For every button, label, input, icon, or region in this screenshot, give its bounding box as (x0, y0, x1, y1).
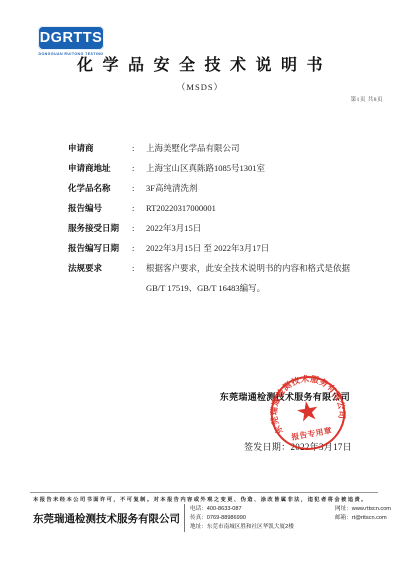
footer-company-name: 东莞瑞通检测技术服务有限公司 (33, 511, 180, 526)
field-label: 申请商地址 (68, 158, 132, 178)
field-label: 申请商 (68, 138, 132, 158)
field-row-report-no: 报告编号 : RT20220317000001 (68, 198, 368, 218)
field-label: 服务接受日期 (68, 218, 132, 238)
fax-value: 0769-88986990 (207, 515, 246, 521)
field-value: 2022年3月15日 (146, 218, 368, 238)
field-row-writing-date: 报告编写日期 : 2022年3月15日 至 2022年3月17日 (68, 238, 368, 258)
field-row-applicant: 申请商 : 上海美墅化学品有限公司 (68, 138, 368, 158)
field-colon: : (132, 218, 146, 238)
fax-label: 传真： (190, 515, 207, 521)
dgrtts-logo-badge: DGRTTS (38, 26, 104, 50)
msds-cover-page: DGRTTS DONGGUAN RUITONG TESTING 化学品安全技术说… (0, 0, 400, 566)
email-value: rt@rttscn.com (352, 515, 387, 521)
website-value: www.rttscn.com (352, 506, 391, 512)
field-colon: : (132, 158, 146, 178)
field-value: 上海美墅化学品有限公司 (146, 138, 368, 158)
field-colon: : (132, 198, 146, 218)
field-row-chemical-name: 化学品名称 : 3F高纯清洗剂 (68, 178, 368, 198)
address: 地址：东莞市南城区胜和社区华凯大厦2楼 (190, 523, 294, 532)
contact-row-fax-email: 传真：0769-88986990 邮箱：rt@rttscn.com (190, 514, 391, 523)
field-label: 法规要求 (68, 258, 132, 278)
field-label: 报告编写日期 (68, 238, 132, 258)
address-value: 东莞市南城区胜和社区华凯大厦2楼 (207, 524, 294, 530)
document-title: 化学品安全技术说明书 (0, 52, 400, 75)
email-label: 邮箱： (335, 515, 352, 521)
field-value: 根据客户要求，此安全技术说明书的内容和格式是依据GB/T 17519、GB/T … (146, 258, 368, 298)
website-label: 网址： (335, 506, 352, 512)
contact-row-address: 地址：东莞市南城区胜和社区华凯大厦2楼 (190, 523, 391, 532)
footer-divider-line (30, 492, 378, 493)
report-seal: 东莞瑞通检测技术服务有限公司 ★ 报告专用章 (261, 367, 355, 458)
field-colon: : (132, 178, 146, 198)
field-label: 化学品名称 (68, 178, 132, 198)
contact-row-phone-web: 电话：400-8633-087 网址：www.rttscn.com (190, 505, 391, 514)
field-row-service-date: 服务接受日期 : 2022年3月15日 (68, 218, 368, 238)
field-value: 3F高纯清洗剂 (146, 178, 368, 198)
address-label: 地址： (190, 524, 207, 530)
footer: 东莞瑞通检测技术服务有限公司 电话：400-8633-087 网址：www.rt… (33, 504, 391, 532)
seal-star-icon: ★ (295, 398, 320, 427)
phone: 电话：400-8633-087 (190, 505, 335, 514)
seal-label: 报告专用章 (291, 425, 333, 442)
field-value: RT20220317000001 (146, 198, 368, 218)
field-colon: : (132, 258, 146, 278)
fax: 传真：0769-88986990 (190, 514, 335, 523)
field-label: 报告编号 (68, 198, 132, 218)
website: 网址：www.rttscn.com (335, 505, 391, 514)
phone-value: 400-8633-087 (207, 506, 242, 512)
footer-contacts: 电话：400-8633-087 网址：www.rttscn.com 传真：076… (190, 505, 391, 532)
email: 邮箱：rt@rttscn.com (335, 514, 387, 523)
field-row-applicant-address: 申请商地址 : 上海宝山区真陈路1085号1301室 (68, 158, 368, 178)
phone-label: 电话： (190, 506, 207, 512)
footer-disclaimer: 本报告未经本公司书面许可，不可复制。对本报告内容或外观之变更、伪造、涂改皆属非法… (33, 495, 379, 503)
footer-vertical-divider (184, 504, 185, 532)
field-value: 2022年3月15日 至 2022年3月17日 (146, 238, 368, 258)
field-row-regulation: 法规要求 : 根据客户要求，此安全技术说明书的内容和格式是依据GB/T 1751… (68, 258, 368, 298)
field-value: 上海宝山区真陈路1085号1301室 (146, 158, 368, 178)
field-colon: : (132, 138, 146, 158)
page-number: 第1页 共8页 (351, 95, 383, 103)
report-fields: 申请商 : 上海美墅化学品有限公司 申请商地址 : 上海宝山区真陈路1085号1… (68, 138, 368, 298)
field-colon: : (132, 238, 146, 258)
document-subtitle: （MSDS） (0, 81, 400, 93)
